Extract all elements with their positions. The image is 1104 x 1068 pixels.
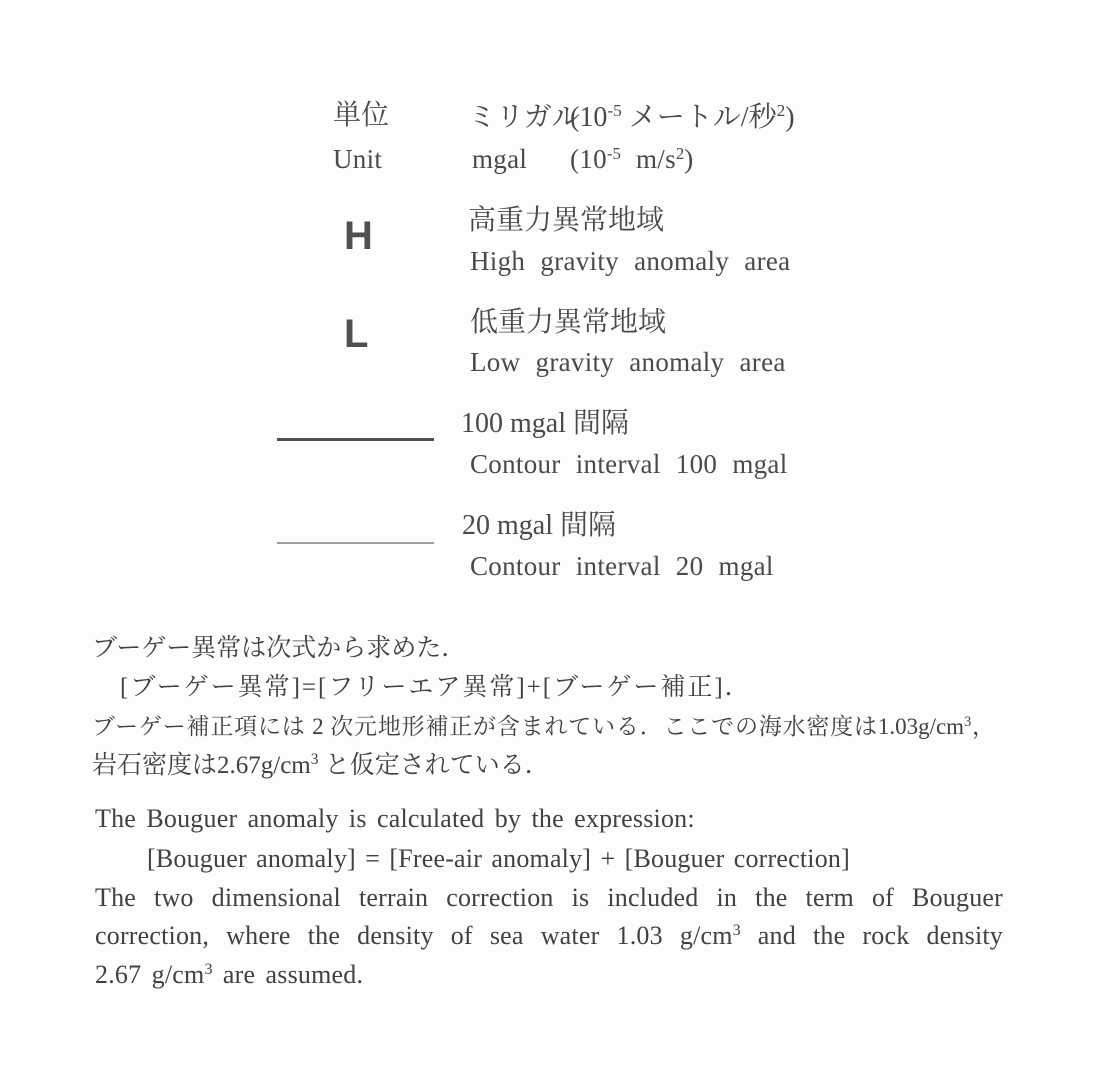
- gravity-high-label-en: High gravity anomaly area: [470, 244, 790, 278]
- legend-unit-value-en-name: mgal: [472, 142, 527, 176]
- gravity-high-symbol: H: [344, 216, 373, 256]
- notes-en-line5: 2.67 g/cm3 are assumed.: [95, 959, 363, 991]
- gravity-high-label-ja: 高重力異常地域: [468, 204, 664, 238]
- contour-20-label-ja: 20 mgal 間隔: [462, 509, 616, 543]
- legend-unit-value-ja-paren: (10-5 メートル/秒2): [570, 101, 795, 135]
- notes-en-line3: The two dimensional terrain correction i…: [95, 882, 1003, 914]
- notes-en-line1: The Bouguer anomaly is calculated by the…: [95, 803, 695, 835]
- exponent: 3: [311, 751, 319, 768]
- notes-ja-line1: ブーゲー異常は次式から求めた．: [92, 634, 466, 664]
- exponent: 3: [964, 714, 971, 730]
- gravity-low-symbol: L: [344, 314, 368, 354]
- contour-100-label-ja: 100 mgal 間隔: [461, 407, 629, 441]
- exponent: -5: [607, 101, 621, 120]
- contour-20-label-en: Contour interval 20 mgal: [470, 549, 774, 583]
- notes-en-line4: correction, where the density of sea wat…: [95, 920, 1003, 952]
- notes-ja-formula: [ブーゲー異常]=[フリーエア異常]+[ブーゲー補正]．: [120, 673, 752, 703]
- legend-unit-label-en: Unit: [333, 142, 382, 176]
- notes-en-formula: [Bouguer anomaly] = [Free-air anomaly] +…: [147, 843, 850, 875]
- gravity-low-label-en: Low gravity anomaly area: [470, 345, 786, 379]
- legend-unit-value-ja-name: ミリガル: [468, 101, 580, 135]
- map-legend-page: 単位 Unit ミリガル (10-5 メートル/秒2) mgal (10-5 m…: [0, 0, 1104, 1068]
- gravity-low-label-ja: 低重力異常地域: [470, 306, 666, 340]
- contour-100-label-en: Contour interval 100 mgal: [470, 447, 788, 481]
- contour-100-line-swatch: [277, 438, 434, 441]
- contour-20-line-swatch: [277, 542, 434, 544]
- legend-unit-value-en-paren: (10-5 m/s2): [570, 142, 694, 176]
- exponent: 3: [204, 961, 212, 978]
- notes-ja-line3: ブーゲー補正項には 2 次元地形補正が含まれている．ここでの海水密度は1.03g…: [92, 712, 995, 742]
- exponent: 3: [733, 922, 741, 939]
- notes-ja-line4: 岩石密度は2.67g/cm3 と仮定されている．: [92, 751, 550, 781]
- exponent: -5: [607, 144, 621, 163]
- exponent: 2: [777, 101, 786, 120]
- exponent: 2: [676, 144, 684, 163]
- legend-unit-label-ja: 単位: [333, 99, 389, 133]
